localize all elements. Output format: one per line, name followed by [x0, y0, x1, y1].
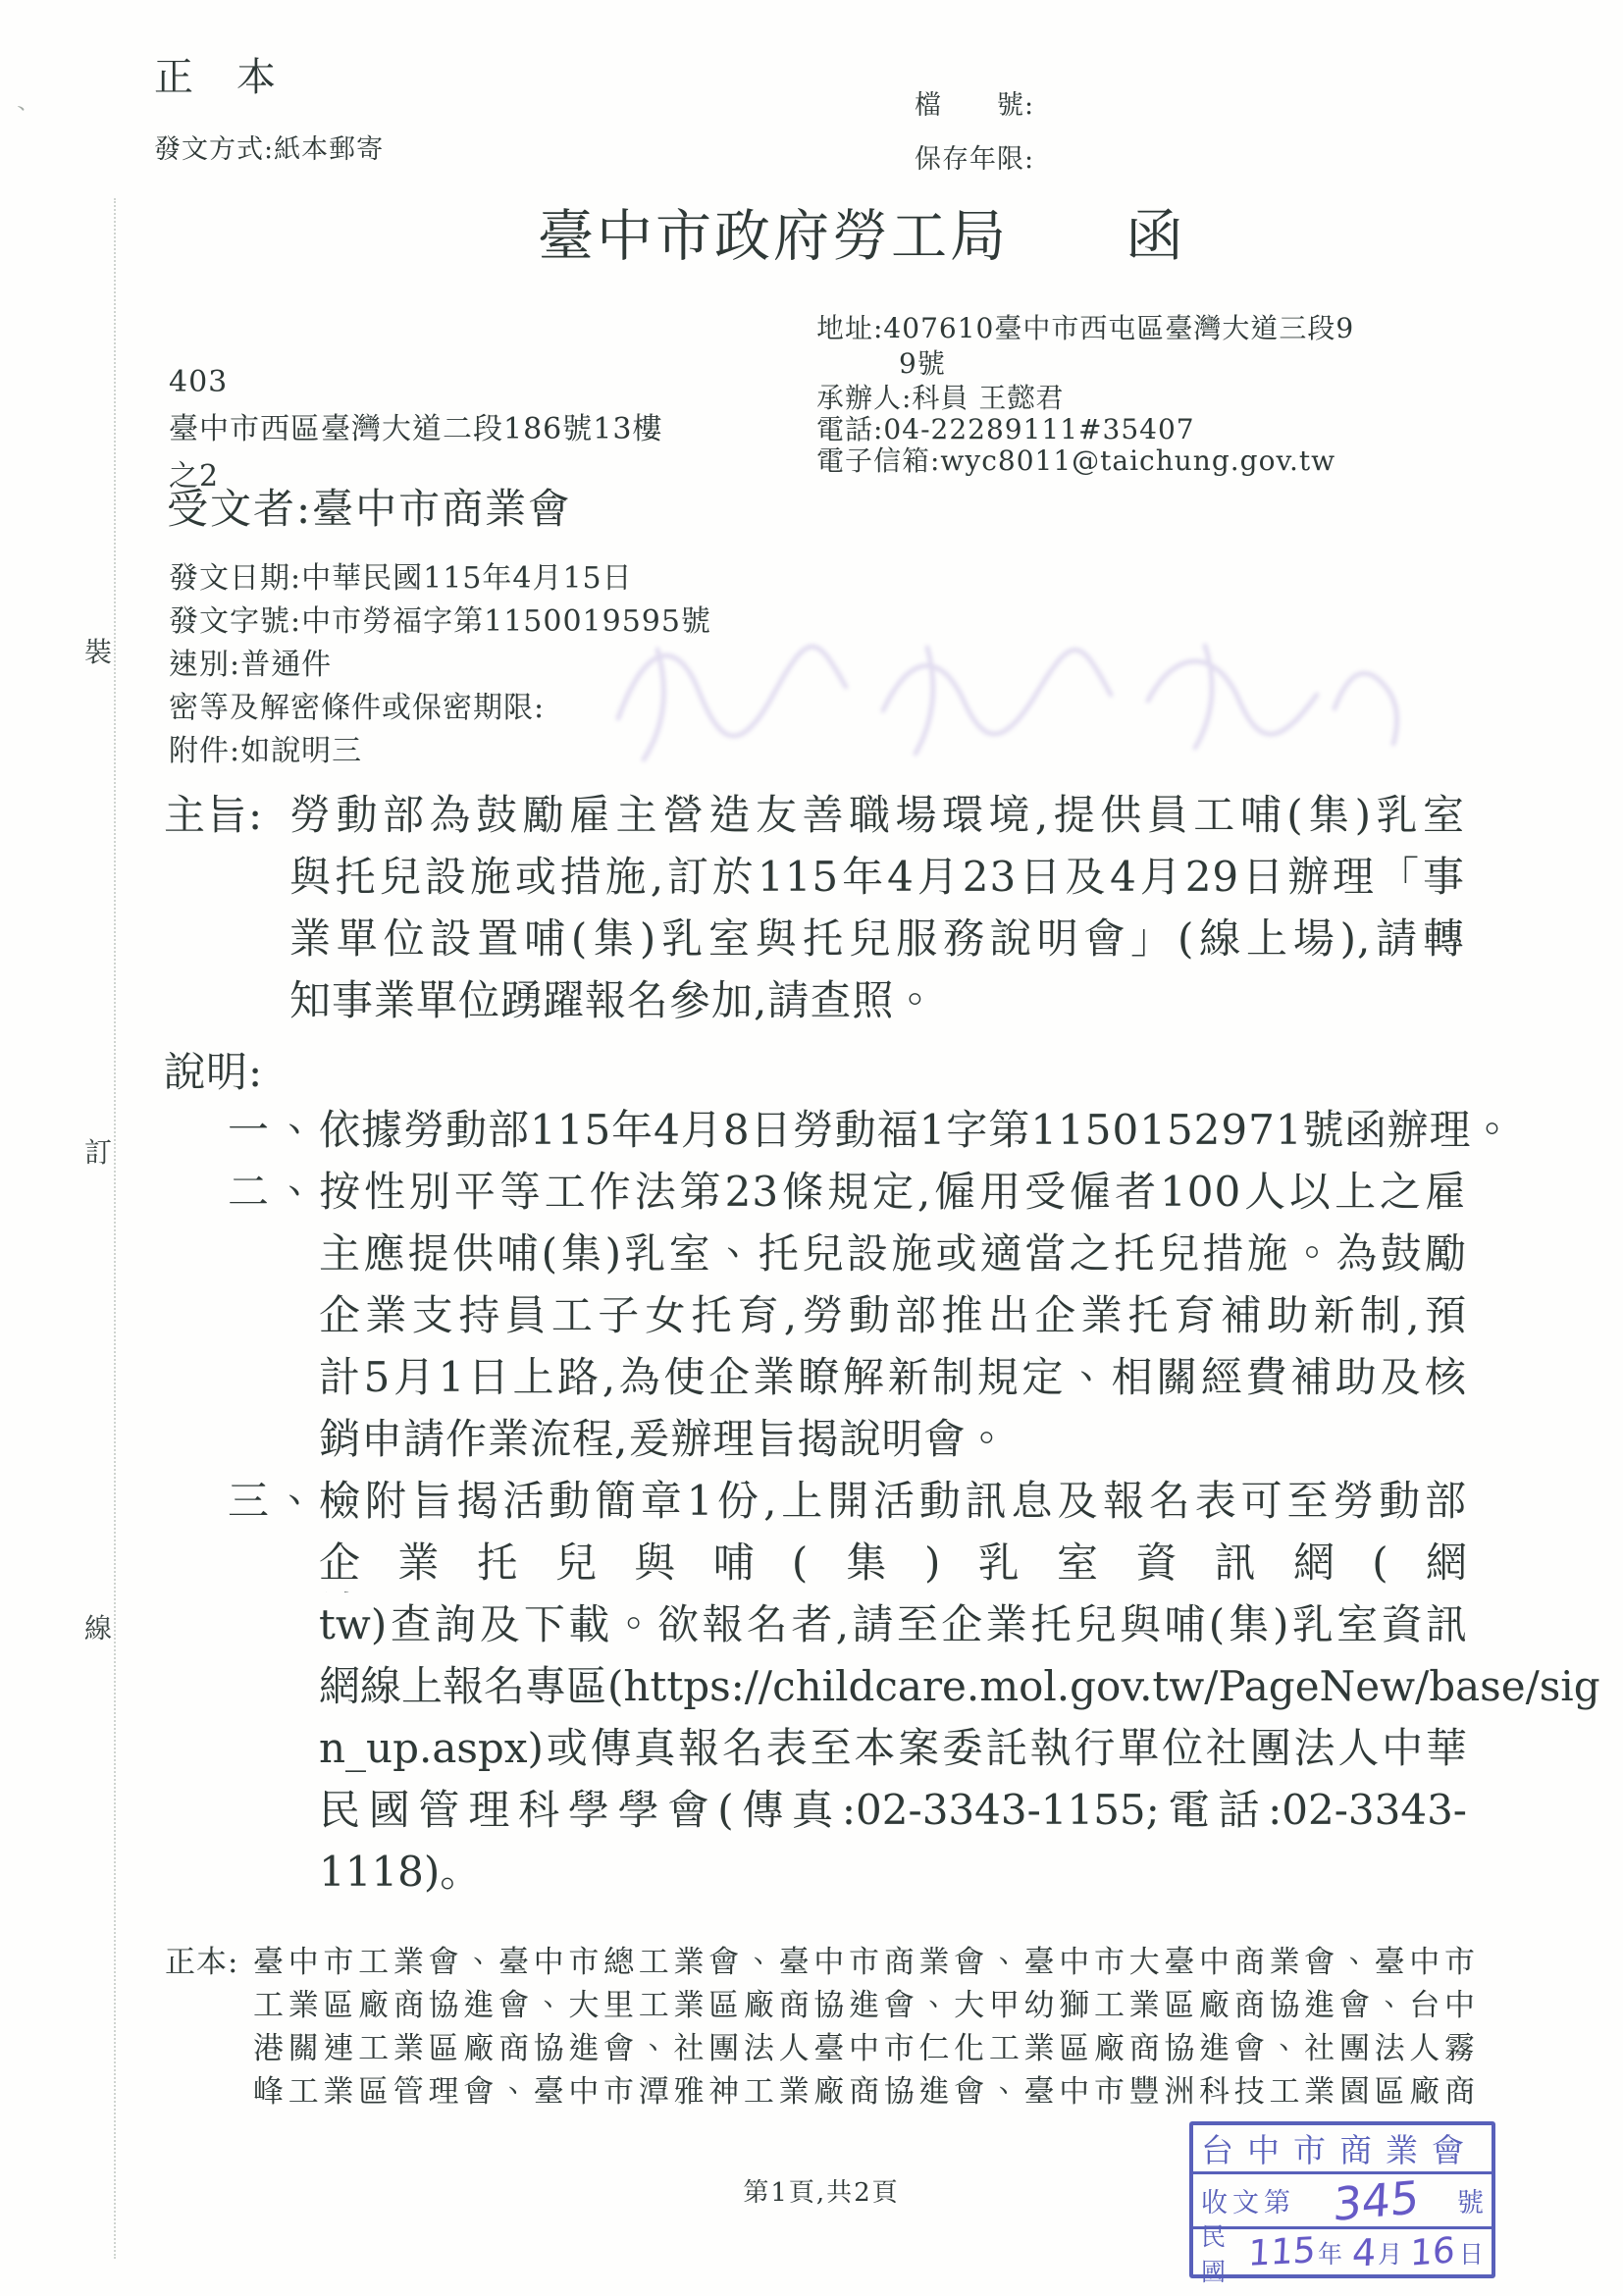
sender-address-line1: 地址:407610臺中市西屯區臺灣大道三段9	[816, 312, 1354, 344]
retention-period-label: 保存年限:	[915, 144, 1034, 176]
delivery-method: 發文方式:紙本郵寄	[154, 134, 384, 166]
binding-dotted-line	[114, 198, 116, 2259]
receipt-month-unit: 月	[1378, 2235, 1402, 2270]
list-item-text: 企業支持員工子女托育,勞動部推出企業托育補助新制,預	[319, 1291, 1467, 1340]
copies-label: 正本:	[165, 1945, 238, 1981]
list-item-text: 按性別平等工作法第23條規定,僱用受僱者100人以上之雇	[319, 1168, 1467, 1217]
list-item-text: 檢附旨揭活動簡章1份,上開活動訊息及報名表可至勞動部	[319, 1477, 1467, 1526]
binding-mark-xian: 線	[84, 1612, 113, 1644]
page-number: 第1頁,共2頁	[684, 2178, 959, 2209]
sender-contact-person: 承辦人:科員 王懿君	[816, 382, 1064, 414]
receipt-stamp-org: 台中市商業會	[1201, 2125, 1484, 2171]
addressee-postal-code: 403	[169, 365, 228, 399]
list-item-marker: 三、	[228, 1477, 322, 1526]
list-item-text: 銷申請作業流程,爰辦理旨揭說明會。	[319, 1415, 1008, 1464]
security-class-line: 密等及解密條件或保密期限:	[169, 691, 545, 725]
document-title: 臺中市政府勞工局 函	[538, 204, 1185, 270]
subject-line: 勞動部為鼓勵雇主營造友善職場環境,提供員工哺(集)乳室	[289, 791, 1465, 840]
faint-handwriting-watermark	[589, 600, 1413, 782]
scanned-official-letter-page: 、 裝 訂 線 正 本 發文方式:紙本郵寄 檔 號: 保存年限: 臺中市政府勞工…	[0, 0, 1623, 2296]
addressee-address-line1: 臺中市西區臺灣大道二段186號13樓	[169, 412, 662, 446]
receipt-month-handwritten: 4	[1351, 2230, 1377, 2274]
sender-email: 電子信箱:wyc8011@taichung.gov.tw	[816, 444, 1335, 477]
receipt-stamp-org-row: 台中市商業會	[1193, 2125, 1492, 2174]
receipt-stamp-date-row: 民國 115 年 4 月 16 日	[1193, 2229, 1492, 2275]
receipt-number-handwritten: 345	[1294, 2166, 1458, 2234]
sender-phone: 電話:04-22289111#35407	[816, 413, 1195, 445]
receipt-number-prefix: 收文第	[1201, 2181, 1295, 2219]
list-item-marker: 二、	[228, 1168, 322, 1217]
copies-line: 工業區廠商協進會、大里工業區廠商協進會、大甲幼獅工業區廠商協進會、台中	[253, 1988, 1476, 2024]
list-item-text: tw)查詢及下載。欲報名者,請至企業托兒與哺(集)乳室資訊	[319, 1600, 1467, 1649]
subject-label: 主旨:	[164, 791, 263, 840]
receipt-year-handwritten: 115	[1247, 2230, 1317, 2274]
subject-line: 知事業單位踴躍報名參加,請查照。	[289, 976, 936, 1025]
explanation-label: 說明:	[164, 1048, 263, 1097]
list-item-text: 企業托兒與哺(集)乳室資訊網(網址:https://childcare.mol.…	[319, 1539, 1467, 1592]
list-item-text: 網線上報名專區(https://childcare.mol.gov.tw/Pag…	[319, 1662, 1600, 1711]
subject-line: 業單位設置哺(集)乳室與托兒服務說明會」(線上場),請轉	[289, 914, 1465, 964]
copies-line: 峰工業區管理會、臺中市潭雅神工業廠商協進會、臺中市豐洲科技工業園區廠商	[253, 2074, 1476, 2111]
receipt-day-handwritten: 16	[1410, 2230, 1456, 2273]
receipt-date-prefix: 民國	[1201, 2218, 1242, 2288]
scan-artifact-mark: 、	[13, 82, 40, 117]
file-number-label: 檔 號:	[915, 90, 1034, 122]
list-item-text: 民國管理科學學會(傳真:02-3343-1155;電話:02-3343-	[319, 1786, 1467, 1835]
list-item-text: 計5月1日上路,為使企業瞭解新制規定、相關經費補助及核	[319, 1353, 1467, 1402]
receipt-number-suffix: 號	[1457, 2181, 1484, 2219]
receipt-stamp: 台中市商業會 收文第 345 號 民國 115 年 4 月 16 日	[1189, 2121, 1495, 2278]
receipt-day-unit: 日	[1459, 2235, 1484, 2270]
list-item-text: n_up.aspx)或傳真報名表至本案委託執行單位社團法人中華	[319, 1724, 1467, 1773]
attachment-line: 附件:如說明三	[169, 734, 362, 768]
list-item-text: 主應提供哺(集)乳室、托兒設施或適當之托兒措施。為鼓勵	[319, 1229, 1467, 1278]
list-item-text: 1118)。	[319, 1848, 481, 1897]
speed-class-line: 速別:普通件	[169, 648, 332, 682]
list-item-text: 依據勞動部115年4月8日勞動福1字第1150152971號函辦理。	[319, 1106, 1514, 1155]
recipient-line: 受文者:臺中市商業會	[167, 485, 571, 534]
list-item-marker: 一、	[228, 1106, 322, 1155]
sender-address-line2: 9號	[899, 347, 946, 380]
issue-date-line: 發文日期:中華民國115年4月15日	[169, 561, 633, 596]
copies-line: 港關連工業區廠商協進會、社團法人臺中市仁化工業區廠商協進會、社團法人霧	[253, 2031, 1476, 2067]
receipt-year-unit: 年	[1318, 2235, 1342, 2270]
subject-line: 與托兒設施或措施,訂於115年4月23日及4月29日辦理「事	[289, 853, 1465, 902]
copy-type-label: 正 本	[154, 55, 278, 101]
binding-mark-ding: 訂	[84, 1136, 113, 1169]
copies-line: 臺中市工業會、臺中市總工業會、臺中市商業會、臺中市大臺中商業會、臺中市	[253, 1945, 1476, 1981]
binding-mark-zhuang: 裝	[84, 636, 113, 668]
